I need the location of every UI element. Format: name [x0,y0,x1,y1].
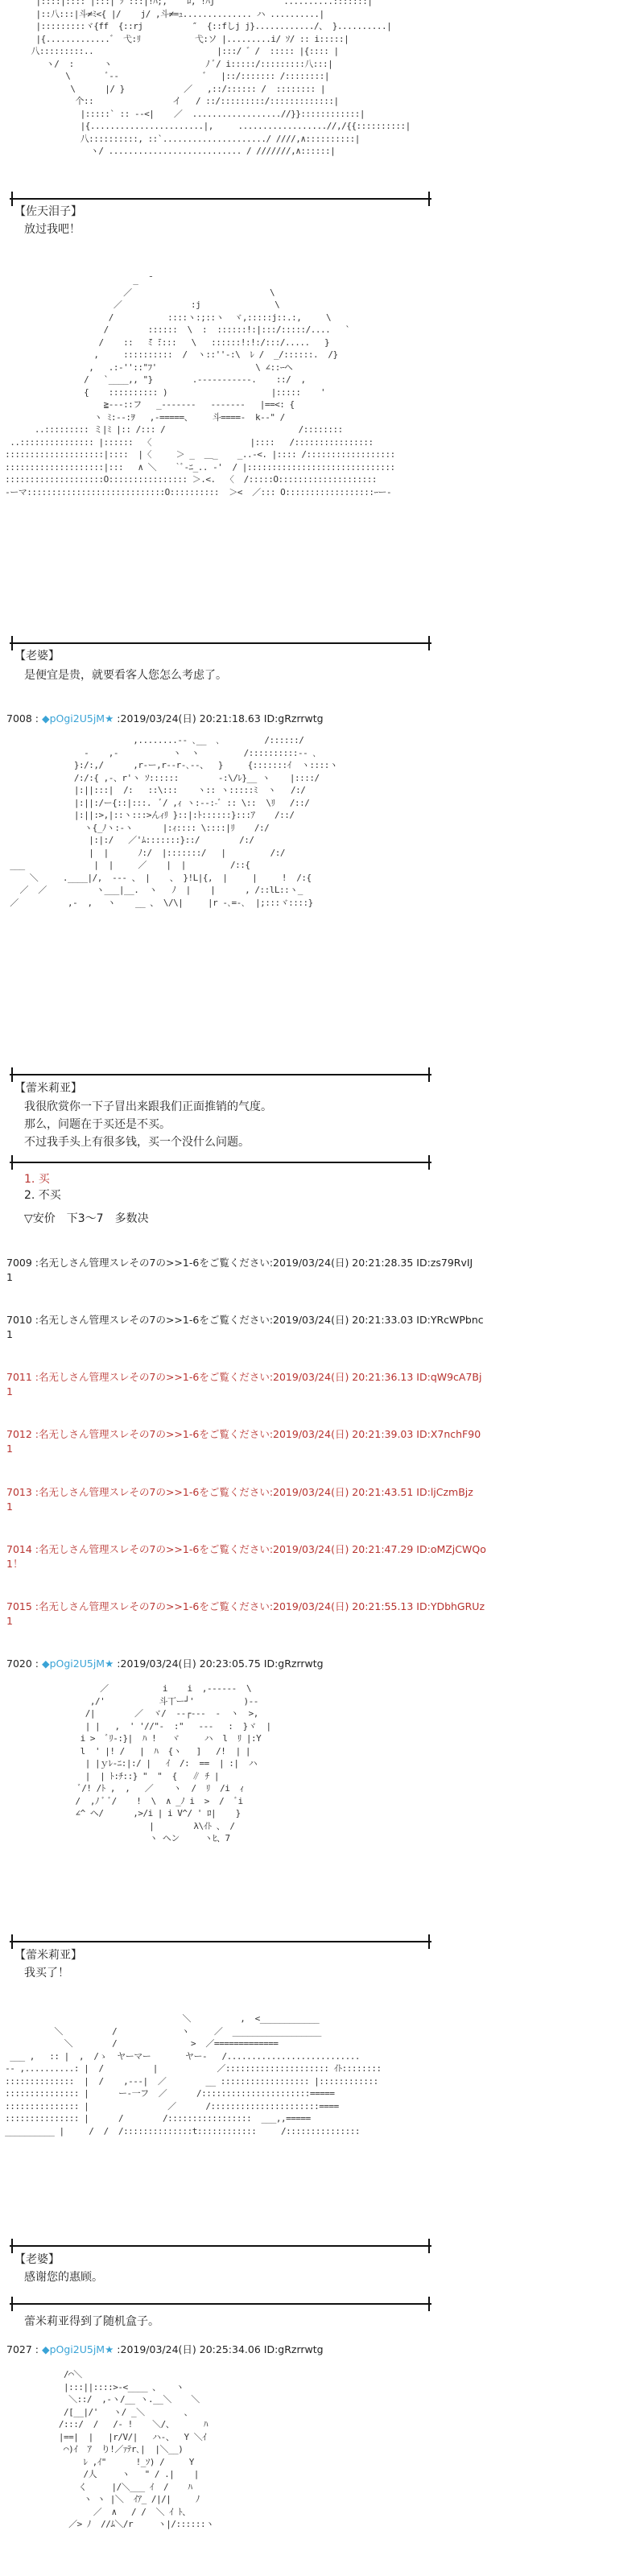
tripcode-link[interactable]: ◆pOgi2U5jM★ [42,1657,114,1670]
post-timestamp-id: :2019/03/24(日) 20:25:34.06 ID:gRzrrwtg [114,2343,323,2355]
divider [10,642,431,644]
dialogue-line: 我买了！ [24,1966,69,1980]
post-number: 7008 : [6,712,42,724]
choice-not-buy: 2. 不买 [24,1188,61,1203]
reply-header: 7013 :名无しさん管理スレその7の>>1-6をご覧ください:2019/03/… [6,1486,473,1499]
ascii-art-6: /⌒＼ |:::||::::>-<____ 、 ヽ ＼::/ ,-ヽ/__ ヽ.… [24,2368,214,2531]
ascii-art-4: ／ i i ,------ \ ,/' 斗丅ー┘' )-- /| ／ ヾ/ --… [16,1682,271,1845]
divider [10,1162,431,1163]
ascii-art-5: ＼ , <____________ ＼ / ヽ ／ ______________… [0,2013,382,2137]
speaker-name: 【老婆】 [14,2252,60,2267]
ascii-art-1: |::::|:::: |:::| ｿ :::|!ﾊ;, ﾛ, !ﾊj .....… [16,0,411,158]
reply-header: 7010 :名无しさん管理スレその7の>>1-6をご覧ください:2019/03/… [6,1314,484,1327]
narration-line: 蕾米莉亚得到了随机盒子。 [24,2314,159,2329]
tripcode-link[interactable]: ◆pOgi2U5jM★ [42,712,114,724]
post-header-7020: 7020 : ◆pOgi2U5jM★ :2019/03/24(日) 20:23:… [6,1657,324,1670]
speaker-name: 【佐天泪子】 [14,204,82,219]
post-timestamp-id: :2019/03/24(日) 20:23:05.75 ID:gRzrrwtg [114,1657,323,1670]
speaker-name: 【蕾米莉亚】 [14,1948,82,1963]
reply-body: 1 [6,1385,13,1398]
choice-buy: 1. 买 [24,1172,50,1187]
vote-instruction: ▽安价 下3～7 多数决 [24,1212,149,1226]
ascii-art-2: _ ̄ ／ \ ／ :j \ / ::::ヽ:;::ヽ ヾ,:::::j::.:… [0,274,395,498]
dialogue-line: 我很欣赏你一下子冒出来跟我们正面推销的气度。 [24,1100,272,1114]
post-number: 7020 : [6,1657,42,1670]
reply-header: 7014 :名无しさん管理スレその7の>>1-6をご覧ください:2019/03/… [6,1543,486,1556]
speaker-name: 【老婆】 [14,649,60,663]
divider [10,2245,431,2247]
post-number: 7027 : [6,2343,42,2355]
reply-body: 1 [6,1328,13,1341]
dialogue-line: 那么，问题在于买还是不买。 [24,1117,171,1132]
post-header-7027: 7027 : ◆pOgi2U5jM★ :2019/03/24(日) 20:25:… [6,2343,324,2356]
reply-header: 7012 :名无しさん管理スレその7の>>1-6をご覧ください:2019/03/… [6,1428,481,1441]
reply-header: 7015 :名无しさん管理スレその7の>>1-6をご覧ください:2019/03/… [6,1600,485,1613]
reply-body: 1！ [6,1558,23,1571]
divider [10,198,431,200]
divider [10,2303,431,2305]
tripcode-link[interactable]: ◆pOgi2U5jM★ [42,2343,114,2355]
dialogue-line: 感谢您的惠顾。 [24,2270,103,2285]
reply-header: 7011 :名无しさん管理スレその7の>>1-6をご覧ください:2019/03/… [6,1371,482,1384]
divider [10,1941,431,1942]
post-header-7008: 7008 : ◆pOgi2U5jM★ :2019/03/24(日) 20:21:… [6,712,324,725]
divider [10,1074,431,1075]
speaker-name: 【蕾米莉亚】 [14,1081,82,1096]
reply-body: 1 [6,1271,13,1284]
ascii-art-3: ,........-- ､__ ､ /::::::/ - ,- ヽ ヽ /:::… [0,734,337,909]
dialogue-line: 是便宜是贵，就要看客人您怎么考虑了。 [24,668,227,683]
reply-body: 1 [6,1615,13,1628]
dialogue-line: 放过我吧！ [24,222,80,237]
reply-header: 7009 :名无しさん管理スレその7の>>1-6をご覧ください:2019/03/… [6,1257,473,1269]
reply-body: 1 [6,1443,13,1455]
reply-body: 1 [6,1501,13,1513]
dialogue-line: 不过我手头上有很多钱，买一个没什么问题。 [24,1135,250,1150]
post-timestamp-id: :2019/03/24(日) 20:21:18.63 ID:gRzrrwtg [114,712,323,724]
